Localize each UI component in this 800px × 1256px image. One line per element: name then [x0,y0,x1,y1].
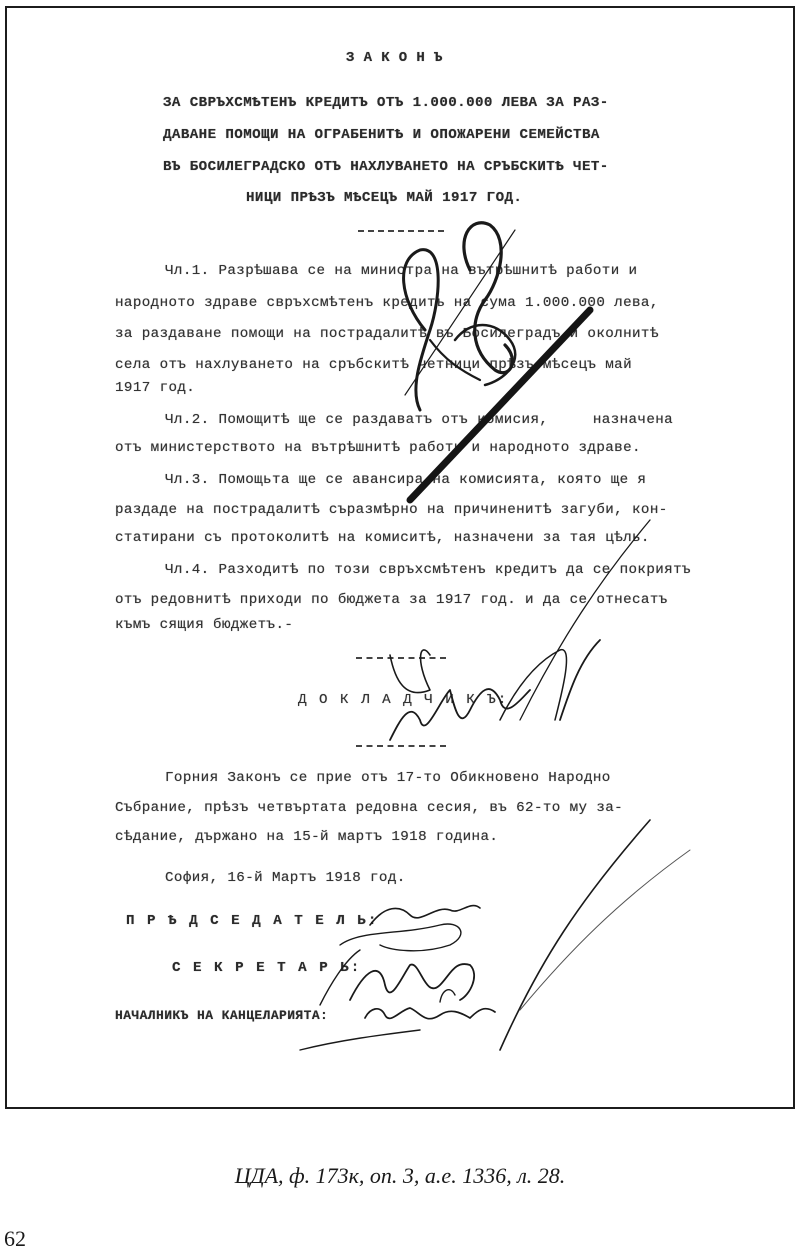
article-3-line: Чл.3. Помощьта ще се авансира на комисия… [165,472,646,488]
separator-line [358,230,444,232]
signatory-secretary: С Е К Р Е Т А Р Ь: [172,960,361,976]
article-2-line: Чл.2. Помощитѣ ще се раздаватъ отъ комис… [165,412,673,428]
subtitle-line: ЗА СВРЪХСМѢТЕНЪ КРЕДИТЪ ОТЪ 1.000.000 ЛЕ… [163,95,609,111]
subtitle-line: ДАВАНЕ ПОМОЩИ НА ОГРАБЕНИТѢ И ОПОЖАРЕНИ … [163,127,600,143]
separator-line [356,745,446,747]
rapporteur-label: Д О К Л А Д Ч И К Ъ: [298,692,508,708]
article-2-line: отъ министерството на вътрѣшнитѣ работи … [115,440,641,456]
article-3-line: статирани съ протоколитѣ на комиситѣ, на… [115,530,650,546]
adoption-line: сѣдание, държано на 15-й мартъ 1918 годи… [115,829,498,845]
article-4-line: къмъ сящия бюджетъ.- [115,617,293,633]
adoption-line: Събрание, прѣзъ четвъртата редовна сесия… [115,800,623,816]
page-number: 62 [4,1226,26,1252]
article-1-line: за раздаване помощи на пострадалитѣ въ Б… [115,326,659,342]
subtitle-line: НИЦИ ПРѢЗЪ МѢСЕЦЪ МАЙ 1917 ГОД. [246,190,522,206]
article-1-line: села отъ нахлуването на сръбскитѣ четниц… [115,357,632,373]
archive-reference-caption: ЦДА, ф. 173к, оп. 3, а.е. 1336, л. 28. [0,1163,800,1189]
subtitle-line: ВЪ БОСИЛЕГРАДСКО ОТЪ НАХЛУВАНЕТО НА СРЪБ… [163,159,609,175]
signatory-chancellery-head: НАЧАЛНИКЪ НА КАНЦЕЛАРИЯТА: [115,1008,328,1023]
separator-line [356,657,446,659]
document-title: З А К О Н Ъ [346,50,443,66]
article-3-line: раздаде на пострадалитѣ съразмѣрно на пр… [115,502,668,518]
article-4-line: Чл.4. Разходитѣ по този свръхсмѣтенъ кре… [165,562,691,578]
place-date: София, 16-й Мартъ 1918 год. [165,870,406,886]
article-1-line: народното здраве свръхсмѣтенъ кредитъ на… [115,295,659,311]
signatory-chairman: П Р Ѣ Д С Е Д А Т Е Л Ь: [126,913,378,929]
article-4-line: отъ редовнитѣ приходи по бюджета за 1917… [115,592,668,608]
adoption-line: Горния Законъ се прие отъ 17-то Обикнове… [165,770,611,786]
article-1-line: Чл.1. Разрѣшава се на министра на вътрѣш… [165,263,637,279]
article-1-line: 1917 год. [115,380,195,396]
